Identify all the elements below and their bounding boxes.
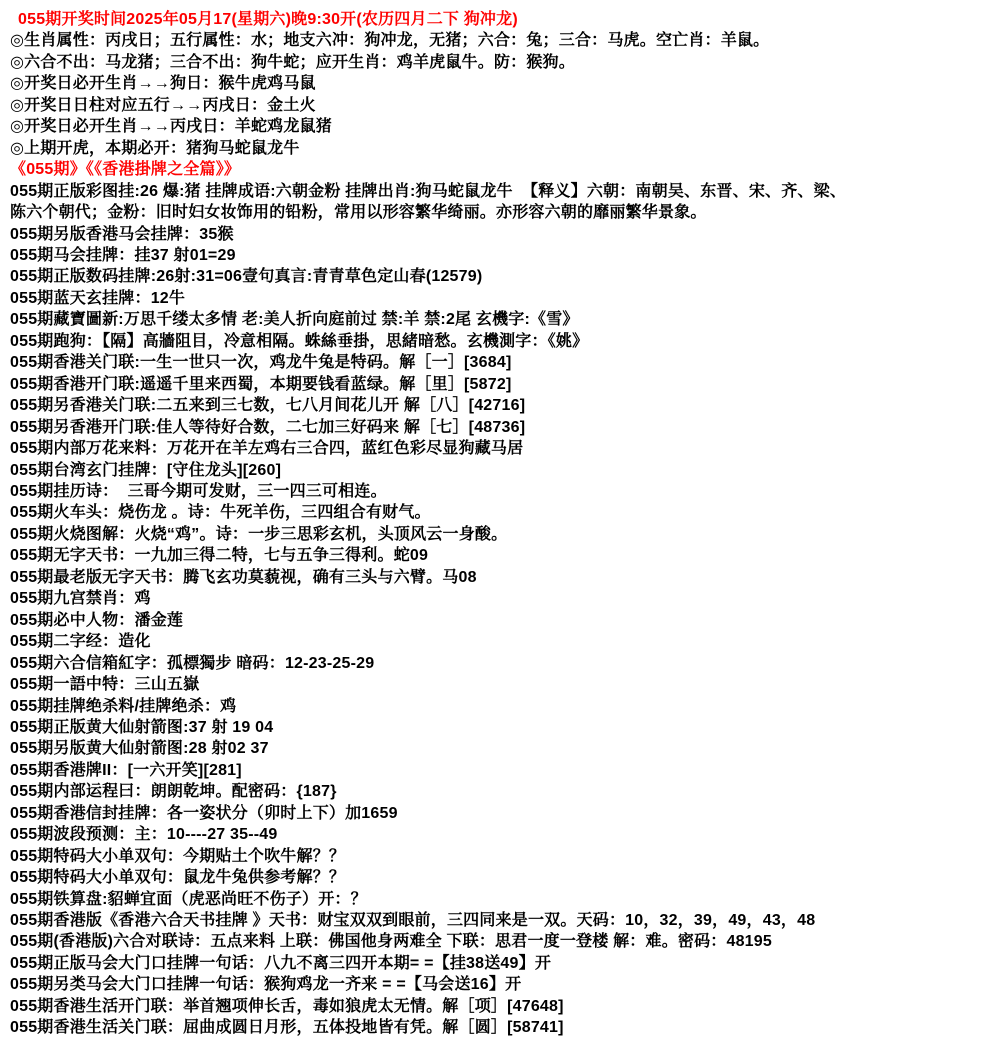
boduan-yuce-line: 055期波段预测：主：10----27 35--49 [10,824,994,845]
hk-xinfeng-guapai-line: 055期香港信封挂牌：各一姿状分（卯时上下）加1659 [10,803,994,824]
cangbaotu-line: 055期藏寶圖新:万思千缕太多情 老:美人折向庭前过 禁:羊 禁:2尾 玄機字:… [10,309,994,330]
erzijing-line: 055期二字经：造化 [10,631,994,652]
tiesuanpan-line: 055期铁算盘:貂蝉宜面（虎恶尚旺不伤子）开：？ [10,889,994,910]
document-lines: 055期开奖时间2025年05月17(星期六)晚9:30开(农历四月二下 狗冲龙… [10,9,994,1039]
liuhe-duilianshi-line: 055期(香港版)六合对联诗：五点来料 上联：佛国他身两难全 下联：思君一度一登… [10,931,994,952]
neibu-wanhua-line: 055期内部万花来料：万花开在羊左鸡右三合四，蓝红色彩尽显狗藏马居 [10,438,994,459]
hk-ling-guanmenlian-line: 055期另香港关门联:二五来到三七数，七八月间花儿开 解［八］[42716] [10,395,994,416]
hk-kaimenlian-line: 055期香港开门联:遥遥千里来西蜀，本期要钱看蓝绿。解［里］[5872] [10,374,994,395]
draw-time-header: 055期开奖时间2025年05月17(星期六)晚9:30开(农历四月二下 狗冲龙… [10,9,994,30]
zhengban-damenkou-line: 055期正版马会大门口挂牌一句话：八九不离三四开本期= =【挂38送49】开 [10,953,994,974]
zhengban-huangdaxian-line: 055期正版黄大仙射箭图:37 射 19 04 [10,717,994,738]
lingban-guapai-line: 055期另版香港马会挂牌：35猴 [10,224,994,245]
huoshao-tujie-line: 055期火烧图解：火烧“鸡”。诗：一步三思彩玄机，头顶风云一身酸。 [10,524,994,545]
hk-guanmenlian-line: 055期香港关门联:一生一世只一次，鸡龙牛兔是特码。解［一］[3684] [10,352,994,373]
tema-daxiao-line-2: 055期特码大小单双句：鼠龙牛兔供参考解？？ [10,867,994,888]
guali-shi-line: 055期挂历诗： 三哥今期可发财，三一四三可相连。 [10,481,994,502]
bizhong-renwu-line: 055期必中人物：潘金莲 [10,610,994,631]
draw-day-zodiac-line-2: ◎开奖日必开生肖→→丙戌日：羊蛇鸡龙鼠猪 [10,116,994,137]
guapai-section-title: 《055期》《《香港掛牌之全篇》》 [10,159,994,180]
liuhe-xinxiang-line: 055期六合信箱紅字：孤標獨步 暗码：12-23-25-29 [10,653,994,674]
tema-daxiao-line-1: 055期特码大小单双句：今期贴土个吹牛解？？ [10,846,994,867]
wuzi-tianshu-line: 055期无字天书：一九加三得二特，七与五争三得利。蛇09 [10,545,994,566]
linglei-damenkou-line: 055期另类马会大门口挂牌一句话：猴狗鸡龙一齐来 = =【马会送16】开 [10,974,994,995]
guapai-juesha-line: 055期挂牌绝杀料/挂牌绝杀：鸡 [10,696,994,717]
yiyu-zhongte-line: 055期一語中特：三山五嶽 [10,674,994,695]
zuilaoban-wuzi-tianshu-line: 055期最老版无字天书：腾飞玄功莫藐视，确有三头与六臂。马08 [10,567,994,588]
neibu-yuncheng-line: 055期内部运程曰：朗朗乾坤。配密码：{187} [10,781,994,802]
lottery-info-page: 055期开奖时间2025年05月17(星期六)晚9:30开(农历四月二下 狗冲龙… [0,0,1000,1039]
hk-shenghuo-guanmenlian-line: 055期香港生活关门联：屈曲成圆日月形，五体投地皆有凭。解［圆］[58741] [10,1017,994,1038]
liuhe-exclusion-line: ◎六合不出：马龙猪；三合不出：狗牛蛇；应开生肖：鸡羊虎鼠牛。防：猴狗。 [10,52,994,73]
shuma-guapai-line: 055期正版数码挂牌:26射:31=06壹句真言:青青草色定山春(12579) [10,266,994,287]
huochetou-line: 055期火车头：烧伤龙 。诗：牛死羊伤，三四组合有财气。 [10,502,994,523]
hk-tianshu-guapai-line: 055期香港版《香港六合天书挂牌 》天书：财宝双双到眼前，三四同来是一双。天码：… [10,910,994,931]
caitu-gua-line: 055期正版彩图挂:26 爆:猪 挂牌成语:六朝金粉 挂牌出肖:狗马蛇鼠龙牛 【… [10,181,994,202]
hk-shenghuo-kaimenlian-line: 055期香港生活开门联：举首翘项伸长舌，毒如狼虎太无情。解［项］[47648] [10,996,994,1017]
caitu-gua-line-cont: 陈六个朝代；金粉：旧时妇女妆饰用的铅粉，常用以形容繁华绮丽。亦形容六朝的靡丽繁华… [10,202,994,223]
draw-day-zodiac-line-1: ◎开奖日必开生肖→→狗日：猴牛虎鸡马鼠 [10,73,994,94]
mahui-guapai-line: 055期马会挂牌：挂37 射01=29 [10,245,994,266]
lantianxuan-guapai-line: 055期蓝天玄挂牌：12牛 [10,288,994,309]
jiugong-jinxiao-line: 055期九宫禁肖：鸡 [10,588,994,609]
zodiac-attribute-line: ◎生肖属性：丙戌日；五行属性：水；地支六冲：狗冲龙，无猪；六合：兔；三合：马虎。… [10,30,994,51]
draw-day-wuxing-line: ◎开奖日日柱对应五行→→丙戌日：金土火 [10,95,994,116]
hk-pai2-line: 055期香港牌II：[一六开笑][281] [10,760,994,781]
taiwan-xuanmen-line: 055期台湾玄门挂牌：[守住龙头][260] [10,460,994,481]
last-draw-line: ◎上期开虎，本期必开：猪狗马蛇鼠龙牛 [10,138,994,159]
hk-ling-kaimenlian-line: 055期另香港开门联:佳人等待好合数，二七加三好码来 解［七］[48736] [10,417,994,438]
lingban-huangdaxian-line: 055期另版黄大仙射箭图:28 射02 37 [10,738,994,759]
paogou-line: 055期跑狗：【隔】高牆阻目，冷意相隔。蛛絲垂掛，思緒暗愁。玄機測字：《姚》 [10,331,994,352]
